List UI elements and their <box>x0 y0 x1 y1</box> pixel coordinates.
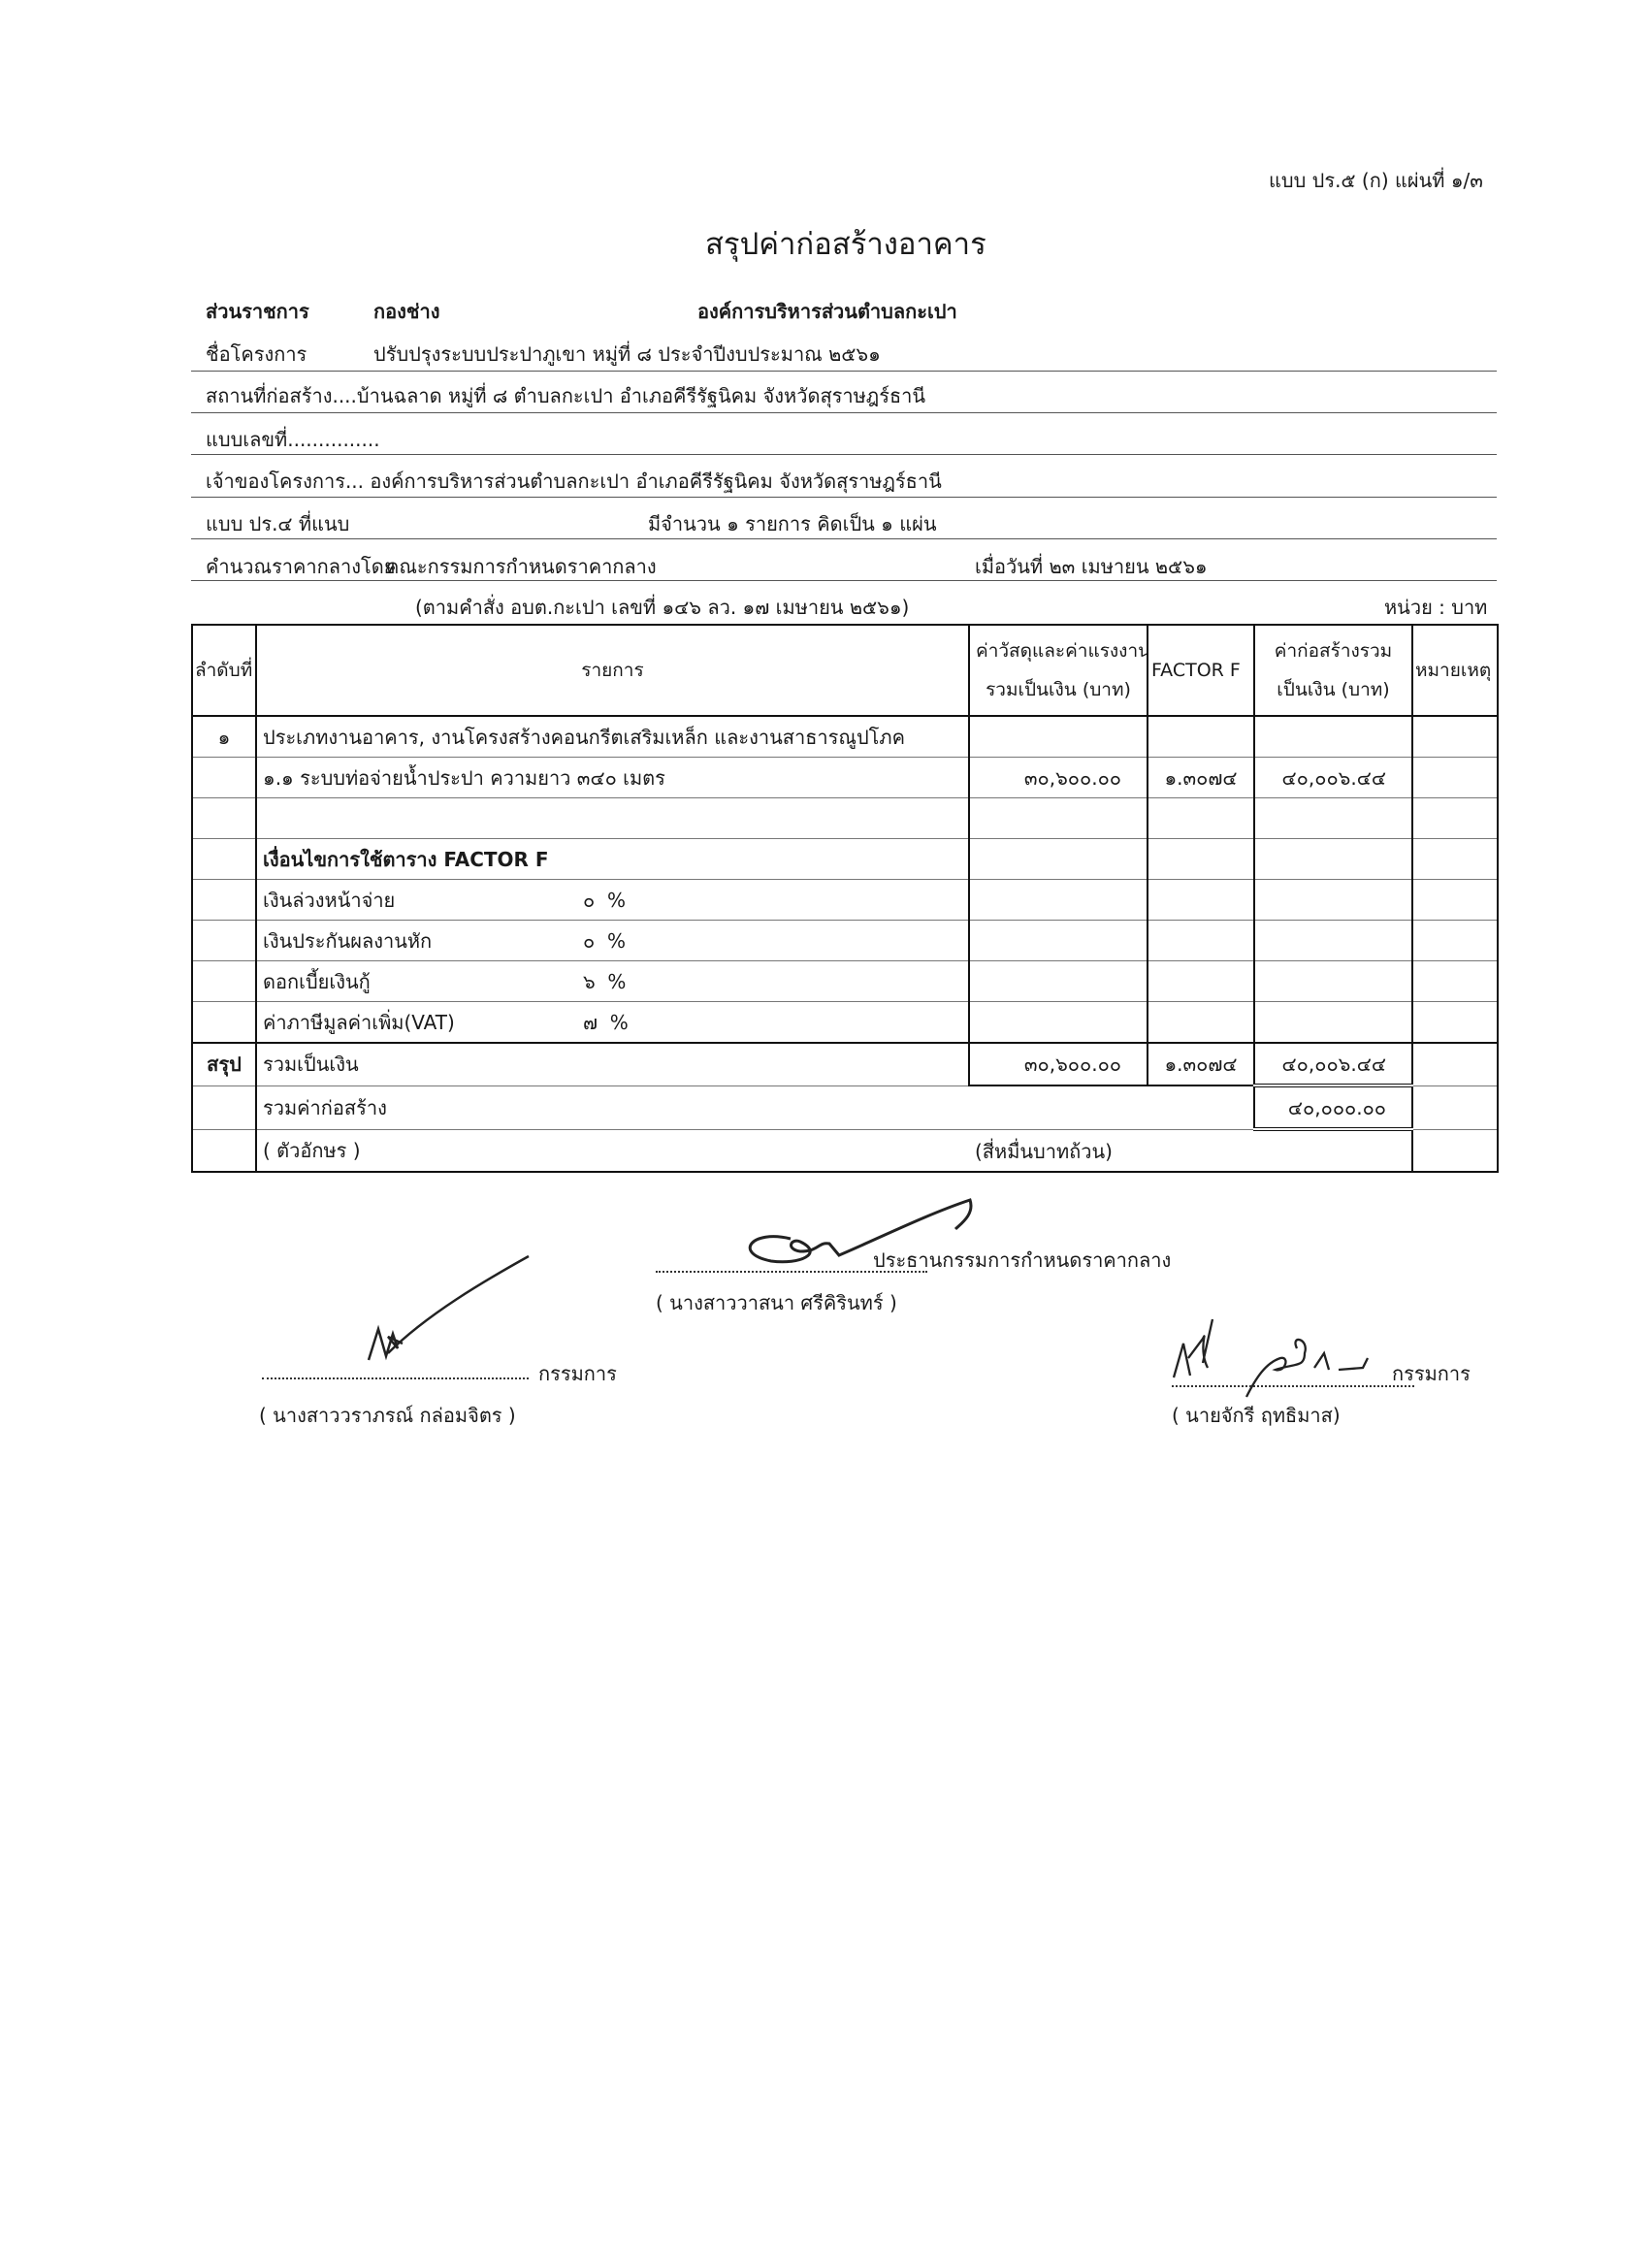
page-title: สรุปค่าก่อสร้างอาคาร <box>705 219 986 268</box>
signature-line <box>1172 1385 1414 1387</box>
construction-total-label: รวมค่าก่อสร้าง <box>256 1085 969 1129</box>
committee1-name: ( นางสาววราภรณ์ กล่อมจิตร ) <box>259 1400 516 1431</box>
row-item <box>256 798 969 839</box>
col-header-total: ค่าก่อสร้างรวมเป็นเงิน (บาท) <box>1254 625 1412 716</box>
row-seq <box>192 758 256 798</box>
row-item: ประเภทงานอาคาร, งานโครงสร้างคอนกรีตเสริม… <box>256 716 969 758</box>
summary-label: สรุป <box>192 1043 256 1085</box>
form-reference: แบบ ปร.๕ (ก) แผ่นที่ ๑/๓ <box>1269 165 1483 196</box>
row-seq <box>192 798 256 839</box>
condition-row: เงินประกันผลงานหัก๐ % <box>192 921 1498 961</box>
col-header-factor: FACTOR F <box>1148 625 1254 716</box>
table-row: ๑ ประเภทงานอาคาร, งานโครงสร้างคอนกรีตเสร… <box>192 716 1498 758</box>
conditions-title: เงื่อนไขการใช้ตาราง FACTOR F <box>256 839 969 880</box>
divider <box>191 412 1497 413</box>
conditions-title-row: เงื่อนไขการใช้ตาราง FACTOR F <box>192 839 1498 880</box>
signature-line <box>262 1377 529 1379</box>
words-label: ( ตัวอักษร ) <box>256 1129 969 1172</box>
committee2-signature-icon <box>1169 1310 1373 1402</box>
row-remark <box>1412 716 1498 758</box>
col-header-materials: ค่าวัสดุและค่าแรงงานรวมเป็นเงิน (บาท) <box>969 625 1148 716</box>
row-factor <box>1148 798 1254 839</box>
row-remark <box>1412 798 1498 839</box>
table-header-row: ลำดับที่ รายการ ค่าวัสดุและค่าแรงงานรวมเ… <box>192 625 1498 716</box>
signature-line <box>656 1271 927 1273</box>
calc-by-label: คำนวณราคากลางโดย <box>206 551 395 582</box>
condition-row: ดอกเบี้ยเงินกู้๖ % <box>192 961 1498 1002</box>
project-value: ปรับปรุงระบบประปาภูเขา หมู่ที่ ๘ ประจำปี… <box>373 339 881 370</box>
col-header-item: รายการ <box>256 625 969 716</box>
construction-total-row: รวมค่าก่อสร้าง ๔๐,๐๐๐.๐๐ <box>192 1085 1498 1129</box>
condition-label: เงินล่วงหน้าจ่าย <box>263 885 583 916</box>
condition-label: เงินประกันผลงานหัก <box>263 925 583 956</box>
summary-materials: ๓๐,๖๐๐.๐๐ <box>969 1043 1148 1085</box>
unit-label: หน่วย : บาท <box>1384 592 1487 623</box>
table-row: ๑.๑ ระบบท่อจ่ายน้ำประปา ความยาว ๓๔๐ เมตร… <box>192 758 1498 798</box>
committee2-name: ( นายจักรี ฤทธิมาส) <box>1172 1400 1341 1431</box>
condition-unit: % <box>607 929 626 953</box>
condition-unit: % <box>610 1011 629 1034</box>
committee1-role: กรรมการ <box>538 1358 617 1389</box>
amount-in-words: (สี่หมื่นบาทถ้วน) <box>975 1140 1113 1163</box>
committee2-role: กรรมการ <box>1392 1358 1471 1389</box>
agency-value: กองช่าง <box>373 296 439 327</box>
divider <box>191 371 1497 372</box>
committee1-signature-icon <box>359 1251 538 1368</box>
divider <box>191 454 1497 455</box>
condition-unit: % <box>607 970 626 993</box>
row-materials: ๓๐,๖๐๐.๐๐ <box>969 758 1148 798</box>
amount-in-words-row: ( ตัวอักษร ) (สี่หมื่นบาทถ้วน) <box>192 1129 1498 1172</box>
row-remark <box>1412 758 1498 798</box>
row-total: ๔๐,๐๐๖.๔๔ <box>1254 758 1412 798</box>
table-row <box>192 798 1498 839</box>
attached-form-label: แบบ ปร.๔ ที่แนบ <box>206 508 349 539</box>
row-factor <box>1148 716 1254 758</box>
condition-value: ๐ <box>583 929 595 953</box>
row-total <box>1254 716 1412 758</box>
divider <box>191 580 1497 581</box>
summary-total: ๔๐,๐๐๖.๔๔ <box>1254 1043 1412 1085</box>
chair-name: ( นางสาววาสนา ศรีคิรินทร์ ) <box>656 1287 897 1318</box>
cost-summary-table: ลำดับที่ รายการ ค่าวัสดุและค่าแรงงานรวมเ… <box>191 624 1499 1173</box>
condition-value: ๐ <box>583 889 595 912</box>
organization-name: องค์การบริหารส่วนตำบลกะเปา <box>697 296 957 327</box>
order-reference: (ตามคำสั่ง อบต.กะเปา เลขที่ ๑๔๖ ลว. ๑๗ เ… <box>415 592 909 623</box>
row-factor: ๑.๓๐๗๔ <box>1148 758 1254 798</box>
construction-total-value: ๔๐,๐๐๐.๐๐ <box>1254 1085 1412 1129</box>
col-header-seq: ลำดับที่ <box>192 625 256 716</box>
summary-sum-label: รวมเป็นเงิน <box>256 1043 969 1085</box>
plan-number-line: แบบเลขที่............... <box>206 424 380 455</box>
calc-date: เมื่อวันที่ ๒๓ เมษายน ๒๕๖๑ <box>975 551 1208 582</box>
site-line: สถานที่ก่อสร้าง....บ้านฉลาด หมู่ที่ ๘ ตำ… <box>206 380 925 411</box>
summary-row: สรุป รวมเป็นเงิน ๓๐,๖๐๐.๐๐ ๑.๓๐๗๔ ๔๐,๐๐๖… <box>192 1043 1498 1085</box>
row-materials <box>969 798 1148 839</box>
condition-row: ค่าภาษีมูลค่าเพิ่ม(VAT)๗ % <box>192 1002 1498 1044</box>
condition-label: ดอกเบี้ยเงินกู้ <box>263 966 583 997</box>
row-materials <box>969 716 1148 758</box>
row-seq: ๑ <box>192 716 256 758</box>
condition-value: ๖ <box>583 970 596 993</box>
attached-count: มีจำนวน ๑ รายการ คิดเป็น ๑ แผ่น <box>648 508 937 539</box>
calc-by-value: คณะกรรมการกำหนดราคากลาง <box>386 551 657 582</box>
condition-unit: % <box>607 889 626 912</box>
owner-line: เจ้าของโครงการ... องค์การบริหารส่วนตำบลก… <box>206 466 942 497</box>
summary-factor: ๑.๓๐๗๔ <box>1148 1043 1254 1085</box>
project-label: ชื่อโครงการ <box>206 339 307 370</box>
agency-label: ส่วนราชการ <box>206 296 309 327</box>
col-header-remark: หมายเหตุ <box>1412 625 1498 716</box>
condition-value: ๗ <box>583 1011 598 1034</box>
divider <box>191 497 1497 498</box>
condition-label: ค่าภาษีมูลค่าเพิ่ม(VAT) <box>263 1007 583 1038</box>
condition-row: เงินล่วงหน้าจ่าย๐ % <box>192 880 1498 921</box>
divider <box>191 538 1497 539</box>
row-total <box>1254 798 1412 839</box>
row-item: ๑.๑ ระบบท่อจ่ายน้ำประปา ความยาว ๓๔๐ เมตร <box>256 758 969 798</box>
